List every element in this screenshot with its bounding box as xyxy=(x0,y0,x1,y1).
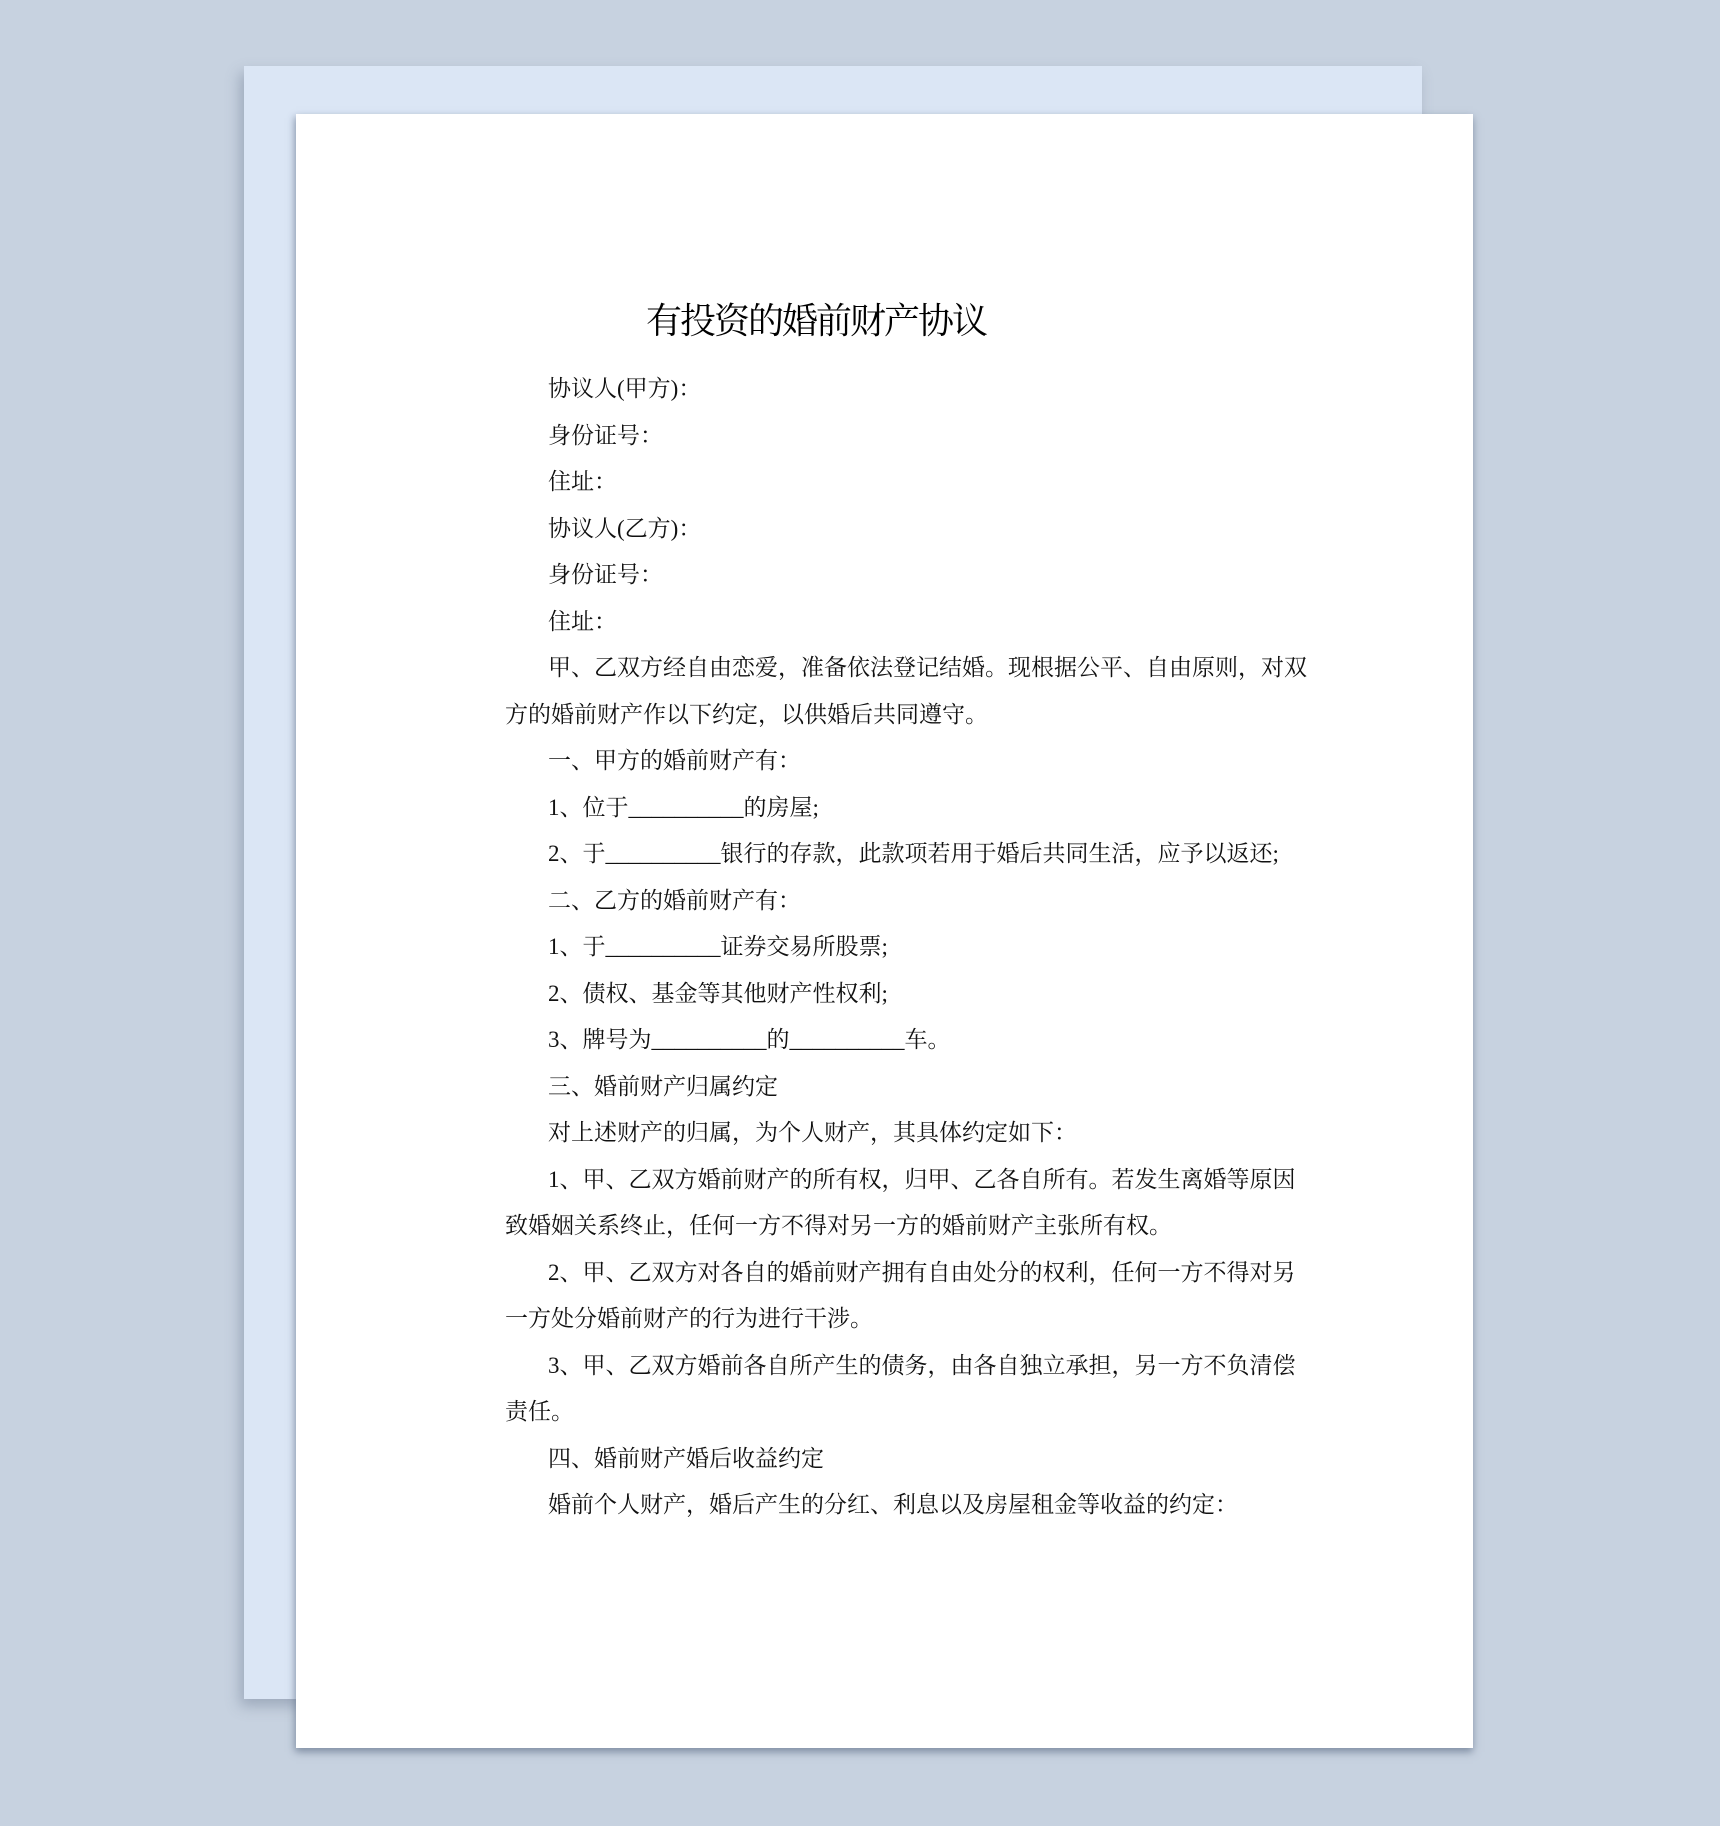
document-line: 身份证号： xyxy=(505,552,1385,599)
document-line: 1、位于__________的房屋; xyxy=(505,785,1385,832)
document-line: 住址： xyxy=(505,459,1385,506)
document-line: 对上述财产的归属，为个人财产，其具体约定如下： xyxy=(505,1110,1385,1157)
document-line: 1、甲、乙双方婚前财产的所有权，归甲、乙各自所有。若发生离婚等原因 xyxy=(505,1157,1385,1204)
document-line: 婚前个人财产，婚后产生的分红、利息以及房屋租金等收益的约定： xyxy=(505,1482,1385,1529)
document-line: 2、于__________银行的存款，此款项若用于婚后共同生活，应予以返还; xyxy=(505,831,1385,878)
document-line: 3、牌号为__________的__________车。 xyxy=(505,1017,1385,1064)
document-page: 有投资的婚前财产协议 协议人(甲方)：身份证号：住址：协议人(乙方)：身份证号：… xyxy=(296,114,1473,1748)
document-line: 四、婚前财产婚后收益约定 xyxy=(505,1436,1385,1483)
document-line: 2、甲、乙双方对各自的婚前财产拥有自由处分的权利，任何一方不得对另 xyxy=(505,1250,1385,1297)
document-line: 一、甲方的婚前财产有： xyxy=(505,738,1385,785)
document-line: 甲、乙双方经自由恋爱，准备依法登记结婚。现根据公平、自由原则，对双 xyxy=(505,645,1385,692)
document-line: 一方处分婚前财产的行为进行干涉。 xyxy=(505,1296,1385,1343)
document-line: 1、于__________证券交易所股票; xyxy=(505,924,1385,971)
desk-background: { "doc": { "title": "有投资的婚前财产协议", "lines… xyxy=(0,0,1720,1826)
document-line: 责任。 xyxy=(505,1389,1385,1436)
document-line: 3、甲、乙双方婚前各自所产生的债务，由各自独立承担，另一方不负清偿 xyxy=(505,1343,1385,1390)
document-line: 协议人(甲方)： xyxy=(505,366,1385,413)
document-line: 二、乙方的婚前财产有： xyxy=(505,878,1385,925)
document-line: 协议人(乙方)： xyxy=(505,506,1385,553)
document-line: 方的婚前财产作以下约定，以供婚后共同遵守。 xyxy=(505,692,1385,739)
document-line: 住址： xyxy=(505,599,1385,646)
document-line: 致婚姻关系终止，任何一方不得对另一方的婚前财产主张所有权。 xyxy=(505,1203,1385,1250)
document-body: 协议人(甲方)：身份证号：住址：协议人(乙方)：身份证号：住址：甲、乙双方经自由… xyxy=(505,366,1385,1529)
document-line: 三、婚前财产归属约定 xyxy=(505,1064,1385,1111)
document-line: 2、债权、基金等其他财产性权利; xyxy=(505,971,1385,1018)
document-line: 身份证号： xyxy=(505,413,1385,460)
document-title: 有投资的婚前财产协议 xyxy=(427,296,1205,346)
